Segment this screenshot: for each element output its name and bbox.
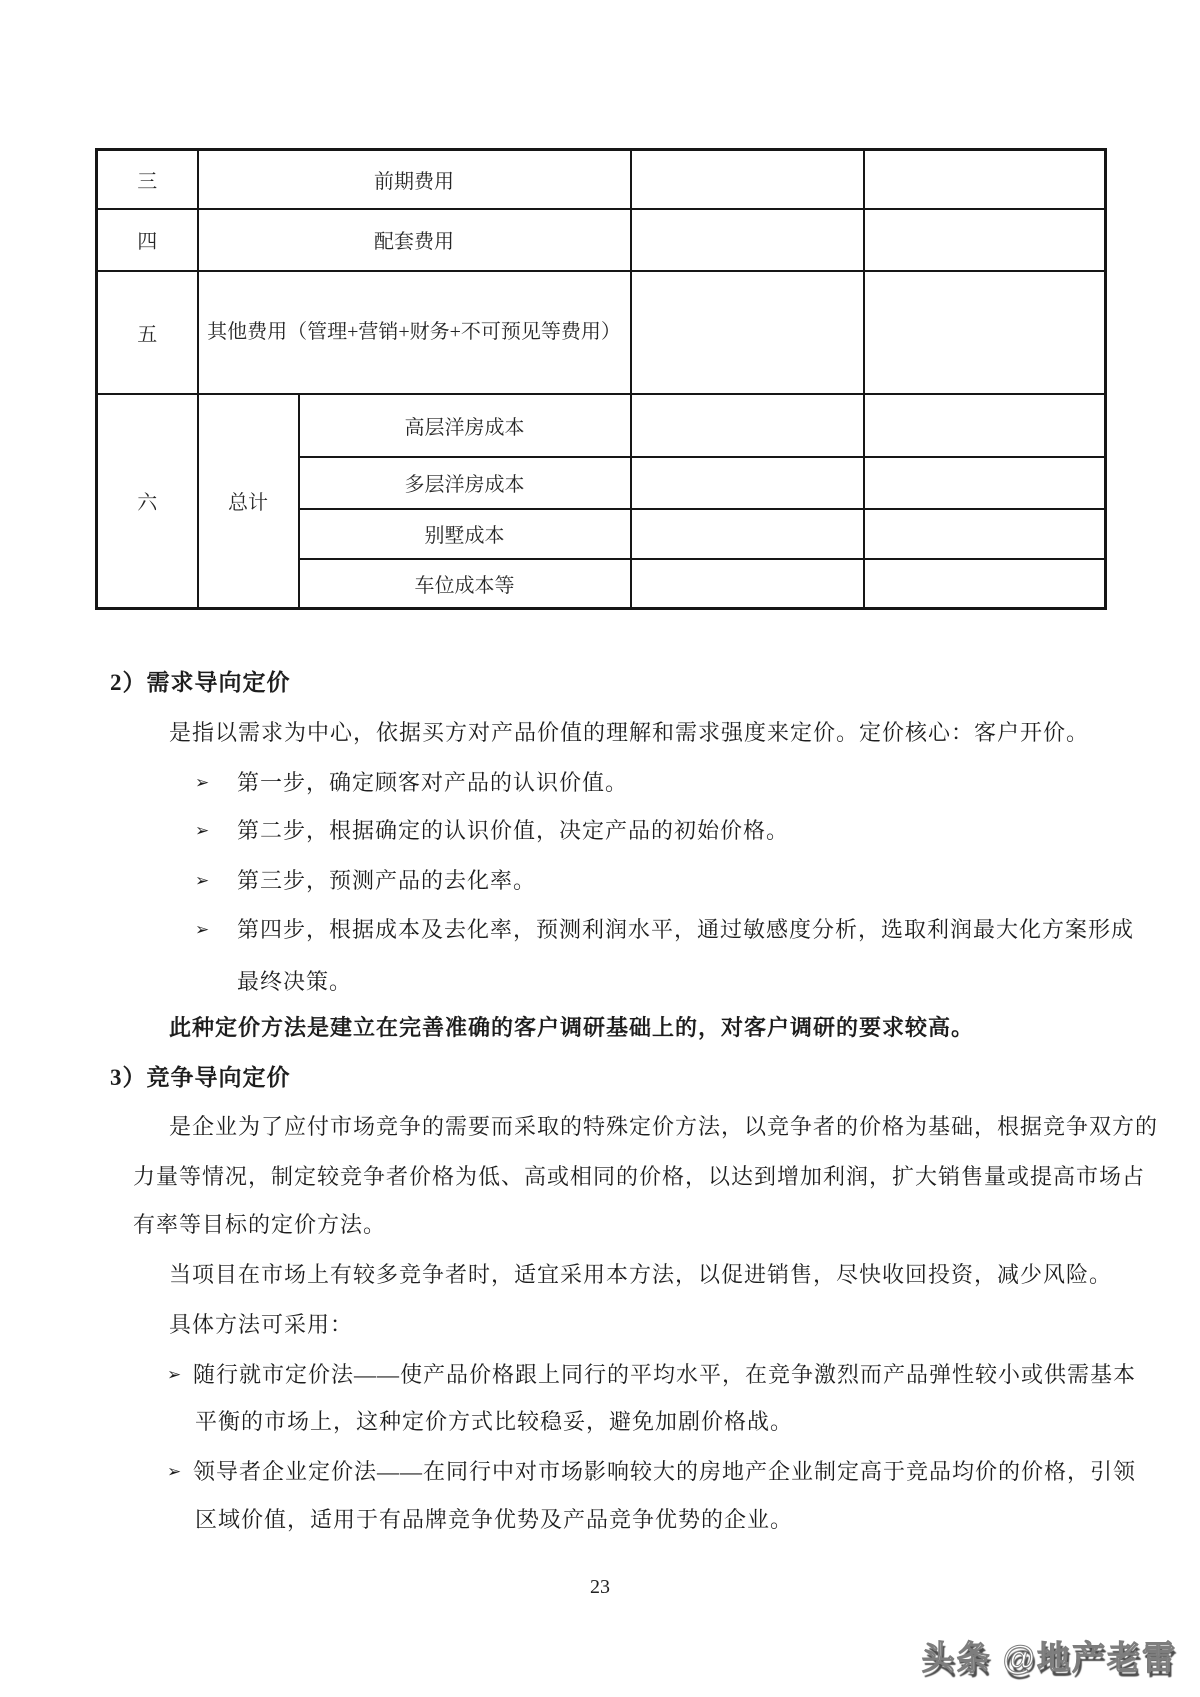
- section3-paragraph-line: 是企业为了应付市场竞争的需要而采取的特殊定价方法，以竞争者的价格为基础，根据竞争…: [169, 1102, 1158, 1152]
- document-page: 三 前期费用 四 配套费用 五 其他费用（管理+营销+财务+不可预见等费用） 六…: [0, 0, 1200, 1697]
- row3-label-cell: 前期费用: [198, 150, 631, 209]
- section3-paragraph-line: 力量等情况，制定较竞争者价格为低、高或相同的价格，以达到增加利润，扩大销售量或提…: [133, 1152, 1145, 1202]
- table-row: 四 配套费用: [97, 209, 1106, 271]
- step-item: 第四步，根据成本及去化率，预测利润水平，通过敏感度分析，选取利润最大化方案形成: [237, 905, 1134, 955]
- table-row: 三 前期费用: [97, 150, 1106, 209]
- section2-note: 此种定价方法是建立在完善准确的客户调研基础上的，对客户调研的要求较高。: [169, 1003, 974, 1053]
- row6-subitem-cell: 多层洋房成本: [299, 457, 631, 509]
- bullet-arrow-icon: ➢: [167, 1447, 181, 1497]
- bullet-arrow-icon: ➢: [195, 905, 209, 955]
- bullet-arrow-icon: ➢: [167, 1350, 181, 1400]
- empty-cell: [864, 509, 1106, 559]
- toutiao-watermark: 头条 @地产老雷: [922, 1632, 1177, 1679]
- empty-cell: [864, 209, 1106, 271]
- bullet-arrow-icon: ➢: [195, 856, 209, 906]
- row6-total-cell: 总计: [198, 394, 299, 609]
- section3-heading: 3）竞争导向定价: [110, 1053, 291, 1103]
- empty-cell: [631, 150, 864, 209]
- empty-cell: [631, 394, 864, 457]
- section3-paragraph: 具体方法可采用：: [169, 1300, 353, 1350]
- step-item-continuation: 最终决策。: [237, 957, 352, 1007]
- empty-cell: [864, 271, 1106, 394]
- method-item-line: 区域价值，适用于有品牌竞争优势及产品竞争优势的企业。: [195, 1495, 793, 1545]
- step-item: 第一步，确定顾客对产品的认识价值。: [237, 758, 628, 808]
- row4-number-cell: 四: [97, 209, 198, 271]
- row5-number-cell: 五: [97, 271, 198, 394]
- empty-cell: [631, 457, 864, 509]
- row5-label-cell: 其他费用（管理+营销+财务+不可预见等费用）: [198, 271, 631, 394]
- row3-number-cell: 三: [97, 150, 198, 209]
- row6-subitem-cell: 别墅成本: [299, 509, 631, 559]
- empty-cell: [631, 271, 864, 394]
- empty-cell: [864, 150, 1106, 209]
- method-item-line: 领导者企业定价法——在同行中对市场影响较大的房地产企业制定高于竞品均价的价格，引…: [193, 1447, 1136, 1497]
- cost-table: 三 前期费用 四 配套费用 五 其他费用（管理+营销+财务+不可预见等费用） 六…: [95, 148, 1107, 610]
- row6-subitem-cell: 高层洋房成本: [299, 394, 631, 457]
- method-item-line: 随行就市定价法——使产品价格跟上同行的平均水平，在竞争激烈而产品弹性较小或供需基…: [193, 1350, 1136, 1400]
- step-item: 第三步，预测产品的去化率。: [237, 856, 536, 906]
- empty-cell: [631, 559, 864, 609]
- row6-number-cell: 六: [97, 394, 198, 609]
- empty-cell: [864, 559, 1106, 609]
- section2-heading: 2）需求导向定价: [110, 658, 291, 708]
- row4-label-cell: 配套费用: [198, 209, 631, 271]
- page-number: 23: [560, 1562, 640, 1612]
- table-row: 五 其他费用（管理+营销+财务+不可预见等费用）: [97, 271, 1106, 394]
- method-item-line: 平衡的市场上，这种定价方式比较稳妥，避免加剧价格战。: [195, 1397, 793, 1447]
- empty-cell: [864, 394, 1106, 457]
- table-row: 六 总计 高层洋房成本: [97, 394, 1106, 457]
- empty-cell: [631, 209, 864, 271]
- empty-cell: [864, 457, 1106, 509]
- step-item: 第二步，根据确定的认识价值，决定产品的初始价格。: [237, 806, 789, 856]
- empty-cell: [631, 509, 864, 559]
- section3-paragraph: 当项目在市场上有较多竞争者时，适宜采用本方法，以促进销售，尽快收回投资，减少风险…: [169, 1250, 1112, 1300]
- bullet-arrow-icon: ➢: [195, 758, 209, 808]
- row6-subitem-cell: 车位成本等: [299, 559, 631, 609]
- bullet-arrow-icon: ➢: [195, 806, 209, 856]
- section2-intro: 是指以需求为中心，依据买方对产品价值的理解和需求强度来定价。定价核心：客户开价。: [169, 708, 1089, 758]
- section3-paragraph-line: 有率等目标的定价方法。: [133, 1200, 386, 1250]
